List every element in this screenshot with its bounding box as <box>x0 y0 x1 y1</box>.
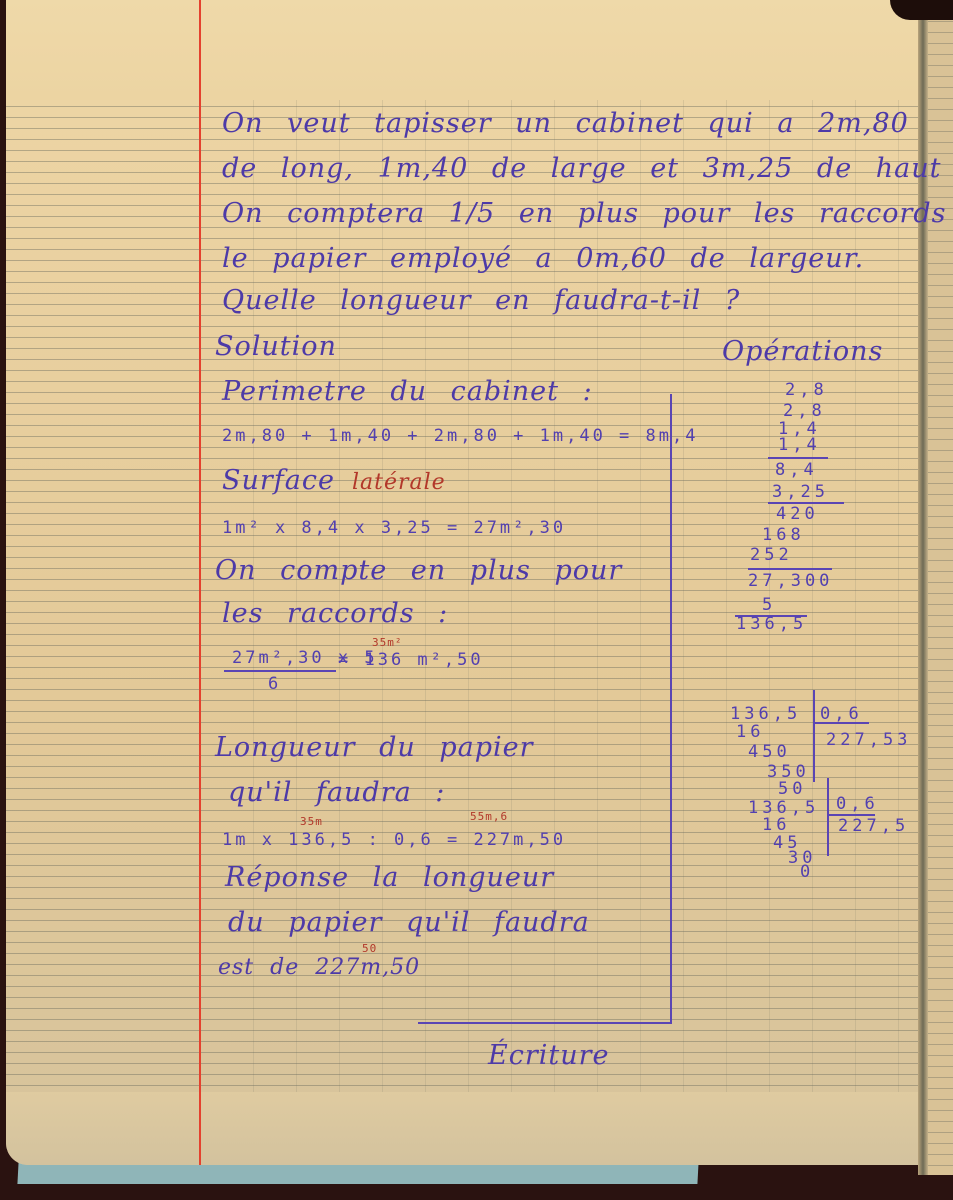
answer-line-3: est de 227m,50 <box>218 955 420 980</box>
extra-calc-denominator: 6 <box>268 674 281 694</box>
div1-vertical-bar <box>813 690 815 782</box>
answer-line-1: Réponse la longueur <box>225 862 554 893</box>
perimeter-calc: 2m,80 + 1m,40 + 2m,80 + 1m,40 = 8m,4 <box>222 426 698 446</box>
div1-quotient: 227,53 <box>826 730 911 750</box>
footer-ecriture: Écriture <box>488 1040 610 1071</box>
div1-step-4: 50 <box>778 779 806 799</box>
fraction-bar <box>224 670 336 672</box>
length-title-1: Longueur du papier <box>215 732 534 763</box>
surface-title-correction: latérale <box>352 470 446 495</box>
surface-title: Surface <box>222 465 335 496</box>
op-add-2: 2,8 <box>783 401 826 421</box>
op-product-bar <box>748 568 832 570</box>
page-bottom-margin <box>6 1092 924 1165</box>
problem-line-5: Quelle longueur en faudra-t-il ? <box>222 285 740 316</box>
op-sum: 8,4 <box>775 460 818 480</box>
div2-vertical-bar <box>827 778 829 856</box>
length-title-2: qu'il faudra : <box>228 777 445 808</box>
div2-step-4: 0 <box>800 862 814 882</box>
binding-shadow <box>890 0 953 20</box>
op-sum-bar <box>768 457 828 459</box>
solution-frame-bottom <box>418 1022 672 1024</box>
extra-title-2: les raccords : <box>222 598 448 629</box>
op-add-1: 2,8 <box>785 380 828 400</box>
answer-line-2: du papier qu'il faudra <box>228 907 590 938</box>
notebook-cover-edge <box>17 1162 698 1184</box>
problem-line-4: le papier employé a 0m,60 de largeur. <box>222 243 864 274</box>
operations-heading: Opérations <box>722 336 883 367</box>
problem-line-1: On veut tapisser un cabinet qui a 2m,80 <box>222 108 909 139</box>
op-add-4: 1,4 <box>778 435 821 455</box>
op-multiplier: 3,25 <box>772 482 829 502</box>
div1-dividend: 136,5 <box>730 704 801 724</box>
page-top-margin <box>6 0 924 100</box>
solution-heading: Solution <box>215 331 337 362</box>
div1-step-1: 16 <box>736 722 764 742</box>
op-partial-2: 168 <box>762 525 805 545</box>
solution-frame-right <box>670 394 672 1024</box>
problem-line-2: de long, 1m,40 de large et 3m,25 de haut <box>222 153 942 184</box>
length-calc-correction-left: 35m <box>300 815 323 828</box>
div2-step-1: 16 <box>762 815 790 835</box>
perimeter-title: Perimetre du cabinet : <box>222 376 593 407</box>
answer-correction: 50 <box>362 942 377 955</box>
op-result: 136,5 <box>736 614 807 634</box>
op-partial-1: 420 <box>776 504 819 524</box>
div1-divisor: 0,6 <box>820 704 863 724</box>
extra-calc-result: = 136 m²,50 <box>338 650 484 670</box>
red-margin-line <box>199 0 201 1165</box>
problem-line-3: On comptera 1/5 en plus pour les raccord… <box>222 198 947 229</box>
div1-horizontal-bar <box>813 722 869 724</box>
div2-quotient: 227,5 <box>838 816 909 836</box>
div1-step-2: 450 <box>748 742 791 762</box>
extra-title-1: On compte en plus pour <box>215 555 622 586</box>
length-calc-correction-right: 55m,6 <box>470 810 508 823</box>
op-factor: 5 <box>762 595 776 615</box>
surface-calc: 1m² x 8,4 x 3,25 = 27m²,30 <box>222 518 566 538</box>
length-calc: 1m x 136,5 : 0,6 = 227m,50 <box>222 830 566 850</box>
op-partial-3: 252 <box>750 545 793 565</box>
div2-divisor: 0,6 <box>836 794 879 814</box>
op-product: 27,300 <box>748 571 833 591</box>
